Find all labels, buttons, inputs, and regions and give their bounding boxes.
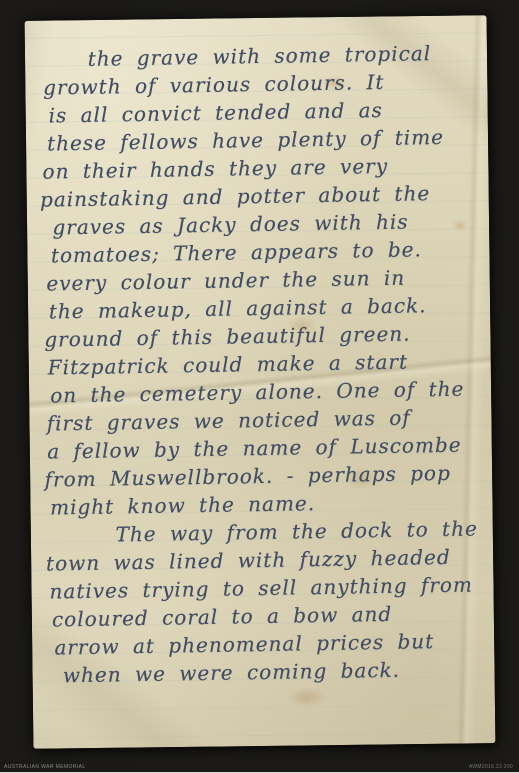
archive-reference-watermark: AWM2016.22.200 xyxy=(469,764,513,770)
archive-watermark-bar: AUSTRALIAN WAR MEMORIAL AWM2016.22.200 xyxy=(0,759,519,773)
scan-background: the grave with some tropical growth of v… xyxy=(0,0,519,773)
handwritten-text: the grave with some tropical growth of v… xyxy=(33,38,492,689)
archive-name-watermark: AUSTRALIAN WAR MEMORIAL xyxy=(4,764,86,770)
letter-page: the grave with some tropical growth of v… xyxy=(25,15,496,749)
